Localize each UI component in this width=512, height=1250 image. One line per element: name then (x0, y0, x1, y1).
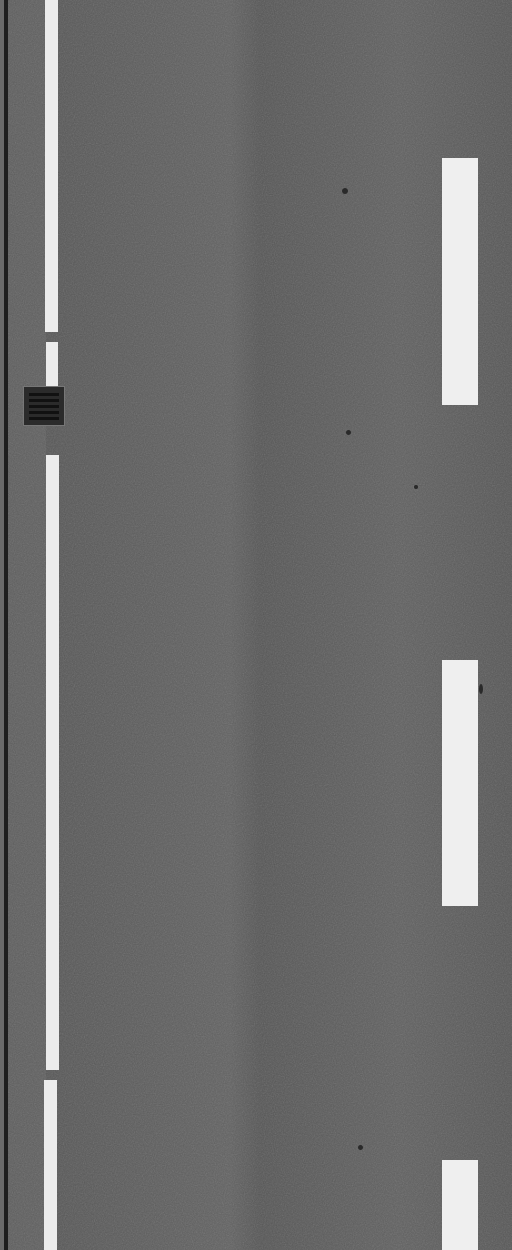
storm-drain-grate (23, 386, 65, 426)
asphalt-road (0, 0, 512, 1250)
stain (414, 485, 418, 489)
asphalt-texture (0, 0, 512, 1250)
stain (346, 430, 351, 435)
edge-line-segment (46, 342, 58, 388)
lane-dash (442, 158, 478, 405)
edge-line-segment (44, 1080, 57, 1250)
lane-dash (442, 660, 478, 906)
lane-dash (442, 1160, 478, 1250)
gutter-strip (8, 0, 46, 1250)
edge-line-segment (45, 0, 58, 332)
edge-line-segment (46, 455, 59, 1070)
stain (342, 188, 348, 194)
stain (479, 684, 483, 694)
stain (358, 1145, 363, 1150)
